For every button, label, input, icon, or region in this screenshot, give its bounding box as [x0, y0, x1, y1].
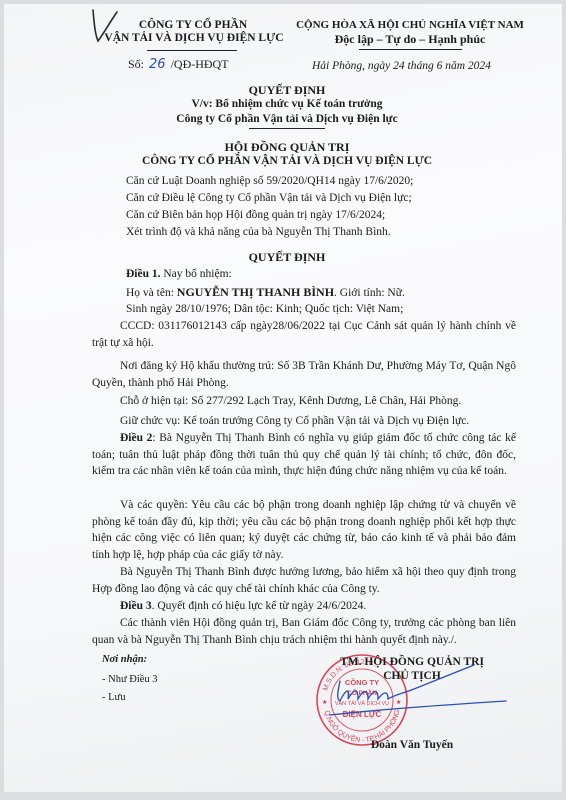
handwritten-signature [324, 659, 514, 729]
national-motto: Độc lập – Tự do – Hạnh phúc [280, 32, 540, 46]
subject-line1: V/v: Bổ nhiệm chức vụ Kế toán trưởng [87, 98, 487, 110]
company-name-line1: CÔNG TY CỔ PHẦN [98, 19, 288, 32]
birth-info: Sinh ngày 28/10/1976; Dân tộc: Kinh; Quố… [126, 301, 403, 318]
article2-rights: Và các quyền: Yêu cầu các bộ phận trong … [92, 497, 516, 563]
article2-duties: Điều 2: Bà Nguyễn Thị Thanh Bình có nghĩ… [92, 430, 516, 480]
position-info: Giữ chức vụ: Kế toán trưởng Công ty Cổ p… [120, 413, 469, 430]
article3-responsibility: Các thành viên Hội đồng quản trị, Ban Gi… [92, 615, 516, 648]
place-date: Hải Phòng, ngày 24 tháng 6 năm 2024 [312, 60, 491, 72]
appointee-name-line: Họ và tên: NGUYỄN THỊ THANH BÌNH. Giới t… [126, 284, 405, 302]
decision-heading: QUYẾT ĐỊNH [87, 250, 487, 265]
handwritten-number: 26 [147, 57, 168, 72]
recipient-item: - Như Điều 3 [102, 674, 158, 685]
header-left-underline [147, 50, 237, 51]
document-page: CÔNG TY CỔ PHẦN VẬN TẢI VÀ DỊCH VỤ ĐIỆN … [4, 4, 562, 792]
appointee-name: NGUYỄN THỊ THANH BÌNH [177, 285, 334, 299]
subject-underline [249, 128, 325, 129]
issuer-line2: CÔNG TY CỔ PHẦN VẬN TẢI VÀ DỊCH VỤ ĐIỆN … [64, 155, 510, 167]
header-right-underline [359, 49, 462, 50]
basis-item: Căn cứ Điều lệ Công ty Cổ phần Vận tải v… [126, 190, 412, 207]
document-title: QUYẾT ĐỊNH [87, 83, 487, 98]
recipients-heading: Nơi nhận: [102, 654, 147, 665]
article3-effective: Điều 3. Quyết định có hiệu lực kể từ ngà… [120, 598, 366, 615]
permanent-address: Nơi đăng ký Hộ khẩu thường trú: Số 3B Tr… [92, 358, 516, 391]
basis-item: Căn cứ Biên bản họp Hội đồng quản trị ng… [126, 207, 385, 224]
id-card-info: CCCD: 031176012143 cấp ngày28/06/2022 tạ… [92, 318, 516, 351]
recipient-item: - Lưu [102, 692, 125, 703]
signer-name: Đoàn Văn Tuyến [312, 739, 512, 751]
basis-item: Căn cứ Luật Doanh nghiệp số 59/2020/QH14… [126, 173, 413, 190]
basis-item: Xét trình độ và khả năng của bà Nguyễn T… [126, 224, 391, 241]
subject-line2: Công ty Cổ phần Vận tải và Dịch vụ Điện … [87, 113, 487, 125]
current-address: Chỗ ở hiện tại: Số 277/292 Lạch Tray, Kê… [120, 393, 461, 410]
company-name-line2: VẬN TẢI VÀ DỊCH VỤ ĐIỆN LỰC [94, 32, 294, 45]
article1-heading: Điều 1. Nay bổ nhiệm: [126, 266, 232, 283]
nation-name: CỘNG HÒA XÃ HỘI CHỦ NGHĨA VIỆT NAM [280, 19, 540, 32]
issuer-line1: HỘI ĐỒNG QUẢN TRỊ [87, 140, 487, 155]
article2-benefits: Bà Nguyễn Thị Thanh Bình được hưởng lươn… [92, 564, 516, 597]
document-number: Số: 26 /QĐ-HĐQT [128, 57, 229, 72]
